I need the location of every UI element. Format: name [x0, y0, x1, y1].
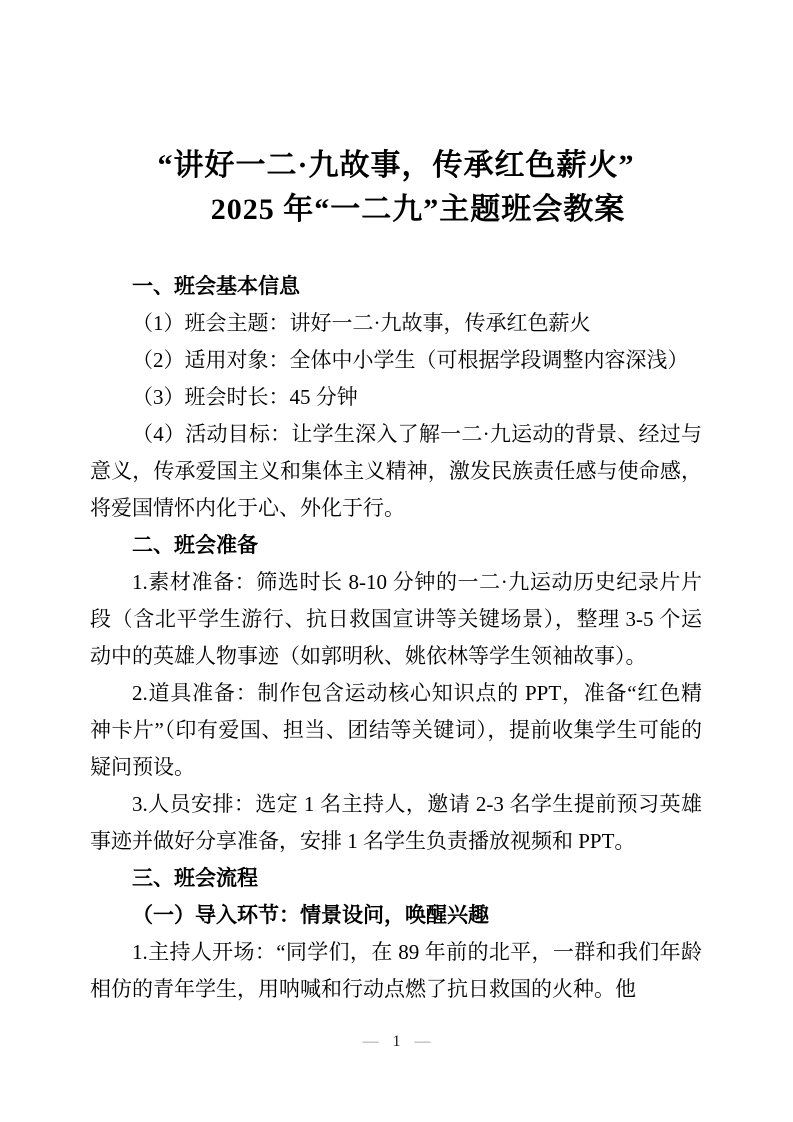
footer-page-number: 1 — [393, 1033, 401, 1050]
section-heading: 二、班会准备 — [90, 527, 702, 564]
document-content: “讲好一二·九故事，传承红色薪火” 2025 年“一二九”主题班会教案 一、班会… — [90, 144, 702, 1008]
page-footer: — 1 — — [0, 1032, 793, 1052]
footer-left-dash: — — [363, 1033, 379, 1050]
paragraph: （2）适用对象：全体中小学生（可根据学段调整内容深浅） — [90, 342, 702, 379]
document-body: 一、班会基本信息（1）班会主题：讲好一二·九故事，传承红色薪火（2）适用对象：全… — [90, 268, 702, 1008]
paragraph: （3）班会时长：45 分钟 — [90, 379, 702, 416]
document-title-line-1: “讲好一二·九故事，传承红色薪火” — [90, 144, 702, 188]
section-heading: 一、班会基本信息 — [90, 268, 702, 305]
paragraph: 1.主持人开场：“同学们，在 89 年前的北平，一群和我们年龄相仿的青年学生，用… — [90, 934, 702, 1008]
document-title: “讲好一二·九故事，传承红色薪火” 2025 年“一二九”主题班会教案 — [90, 144, 702, 232]
paragraph: 3.人员安排：选定 1 名主持人，邀请 2-3 名学生提前预习英雄事迹并做好分享… — [90, 786, 702, 860]
section-heading: 三、班会流程 — [90, 860, 702, 897]
paragraph: （1）班会主题：讲好一二·九故事，传承红色薪火 — [90, 305, 702, 342]
document-title-line-2: 2025 年“一二九”主题班会教案 — [112, 188, 724, 232]
paragraph: 1.素材准备：筛选时长 8-10 分钟的一二·九运动历史纪录片片段（含北平学生游… — [90, 564, 702, 675]
paragraph: 2.道具准备：制作包含运动核心知识点的 PPT，准备“红色精神卡片”（印有爱国、… — [90, 675, 702, 786]
document-page: “讲好一二·九故事，传承红色薪火” 2025 年“一二九”主题班会教案 一、班会… — [0, 0, 793, 1122]
paragraph: （4）活动目标：让学生深入了解一二·九运动的背景、经过与意义，传承爱国主义和集体… — [90, 416, 702, 527]
section-heading: （一）导入环节：情景设问，唤醒兴趣 — [90, 897, 702, 934]
footer-right-dash: — — [415, 1033, 431, 1050]
